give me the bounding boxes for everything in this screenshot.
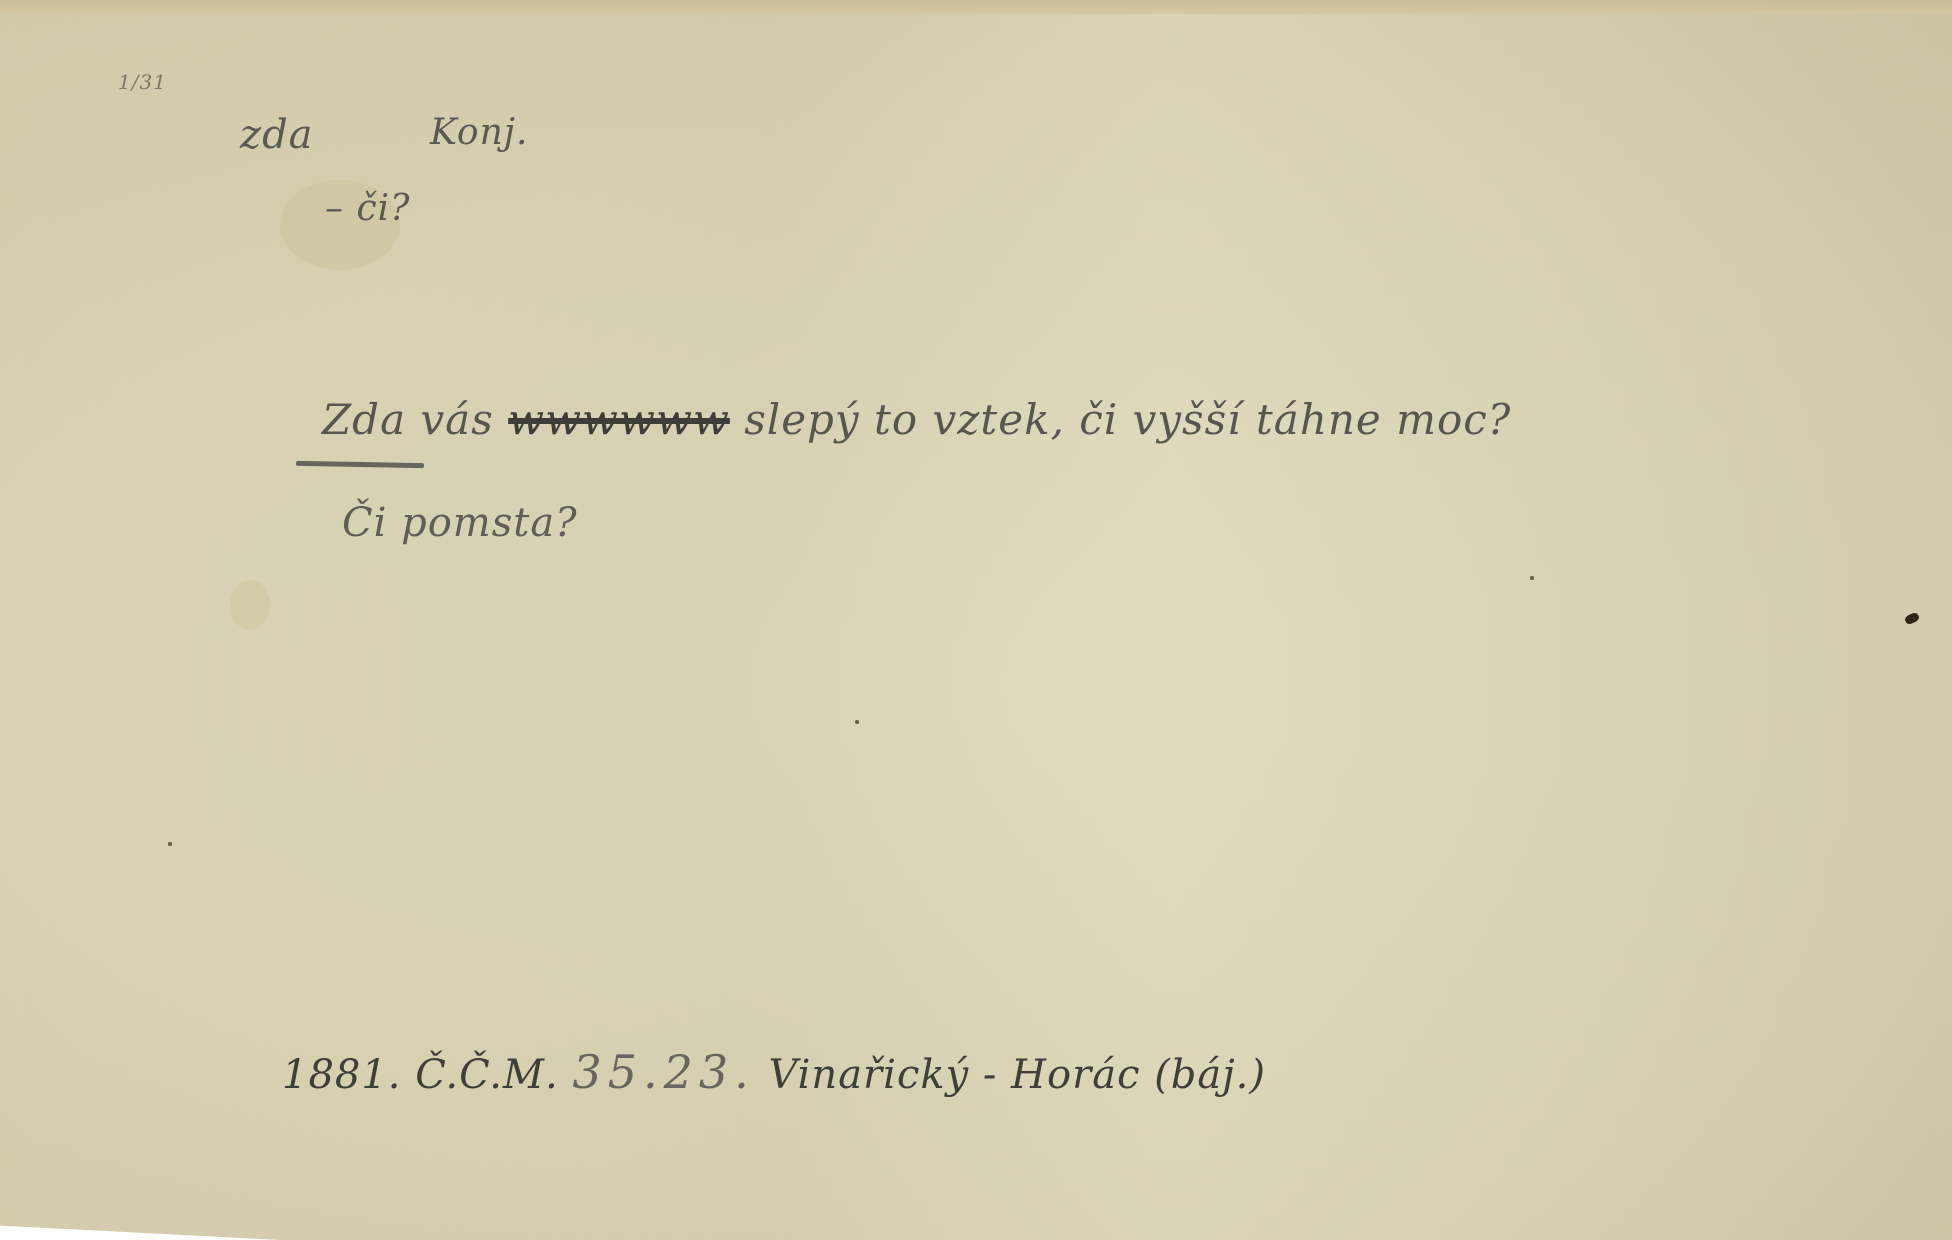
index-card: 1/31 zda Konj. – či? Zda vás wwwwww slep… (0, 0, 1952, 1240)
headword-note: – či? (325, 188, 410, 229)
scan-corner-edge (0, 1222, 280, 1240)
quotation-line-1: Zda vás wwwwww slepý to vztek, či vyšší … (322, 395, 1511, 444)
headword: zda (240, 112, 314, 158)
scan-top-edge (0, 0, 1952, 14)
headword-underline (296, 461, 424, 468)
ink-speck (1904, 611, 1920, 625)
quotation-start: Zda vás (322, 395, 494, 444)
quotation-rest: slepý to vztek, či vyšší táhne moc? (744, 395, 1511, 444)
citation-year: 1881. (282, 1052, 402, 1098)
citation-author: Vinařický - Horác (báj.) (768, 1052, 1266, 1098)
ink-speck (1530, 576, 1534, 580)
quotation-line-2: Či pomsta? (342, 500, 578, 546)
citation-volume-page: 35.23. (572, 1045, 754, 1099)
part-of-speech: Konj. (430, 112, 528, 153)
paper-stain (230, 580, 270, 630)
ink-speck (855, 720, 859, 724)
citation: 1881. Č.Č.M. 35.23. Vinařický - Horác (b… (282, 1045, 1266, 1099)
ink-speck (168, 842, 172, 846)
citation-source: Č.Č.M. (415, 1052, 558, 1098)
corner-mark: 1/31 (118, 70, 167, 94)
struck-out-word: wwwwww (508, 395, 730, 444)
